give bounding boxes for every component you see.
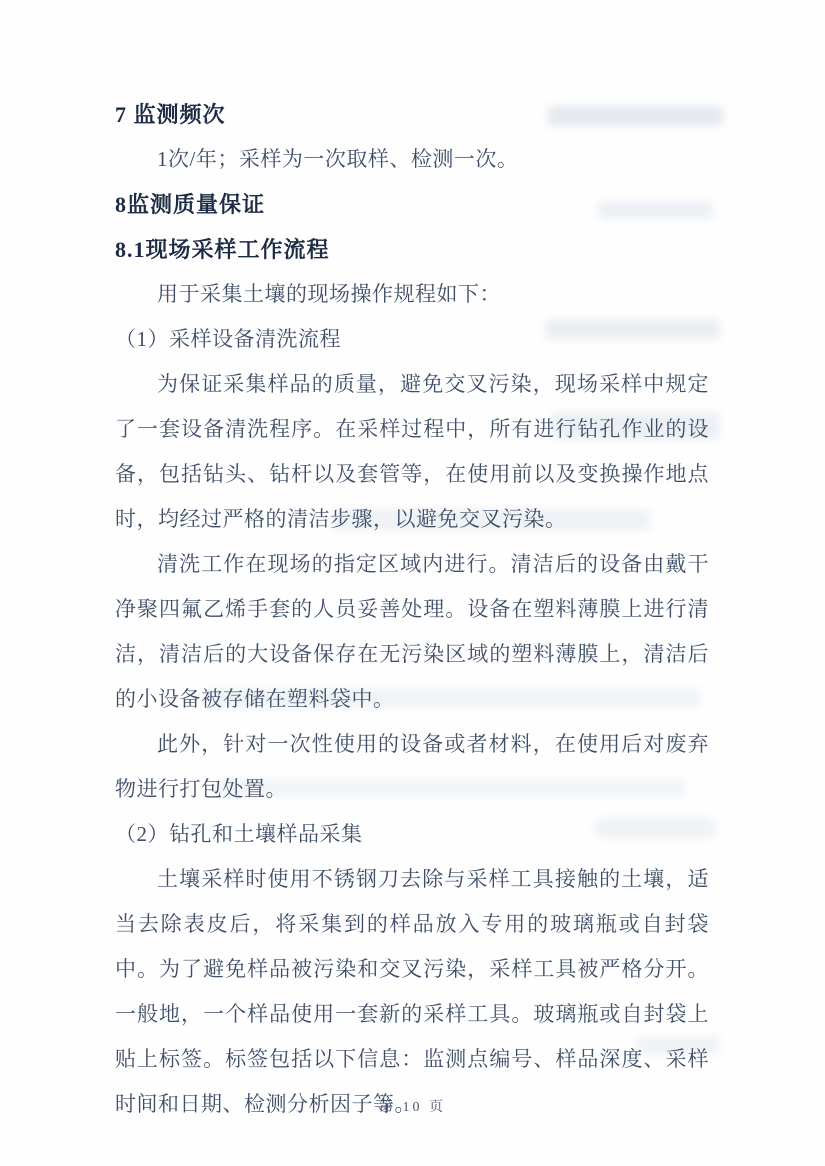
document-body: 7 监测频次 1次/年；采样为一次取样、检测一次。 8监测质量保证 8.1现场采… (115, 92, 709, 1127)
section-heading-quality-assurance: 8监测质量保证 (115, 182, 709, 227)
paragraph-intro: 用于采集土壤的现场操作规程如下： (115, 272, 709, 317)
paragraph-cleaning-area: 清洗工作在现场的指定区域内进行。清洁后的设备由戴干净聚四氟乙烯手套的人员妥善处理… (115, 542, 709, 722)
document-page: 7 监测频次 1次/年；采样为一次取样、检测一次。 8监测质量保证 8.1现场采… (0, 0, 825, 1166)
paragraph-soil-sampling: 土壤采样时使用不锈钢刀去除与采样工具接触的土壤，适当去除表皮后，将采集到的样品放… (115, 857, 709, 1127)
paragraph-cleaning-procedure: 为保证采集样品的质量，避免交叉污染，现场采样中规定了一套设备清洗程序。在采样过程… (115, 362, 709, 542)
list-item-drilling-sampling: （2）钻孔和土壤样品采集 (115, 812, 709, 857)
list-item-equipment-cleaning: （1）采样设备清洗流程 (115, 317, 709, 362)
page-number: 第 10 页 (0, 1096, 825, 1116)
section-heading-field-sampling-workflow: 8.1现场采样工作流程 (115, 227, 709, 272)
section-heading-monitoring-frequency: 7 监测频次 (115, 92, 709, 137)
paragraph-frequency: 1次/年；采样为一次取样、检测一次。 (115, 137, 709, 182)
paragraph-disposables: 此外，针对一次性使用的设备或者材料，在使用后对废弃物进行打包处置。 (115, 722, 709, 812)
